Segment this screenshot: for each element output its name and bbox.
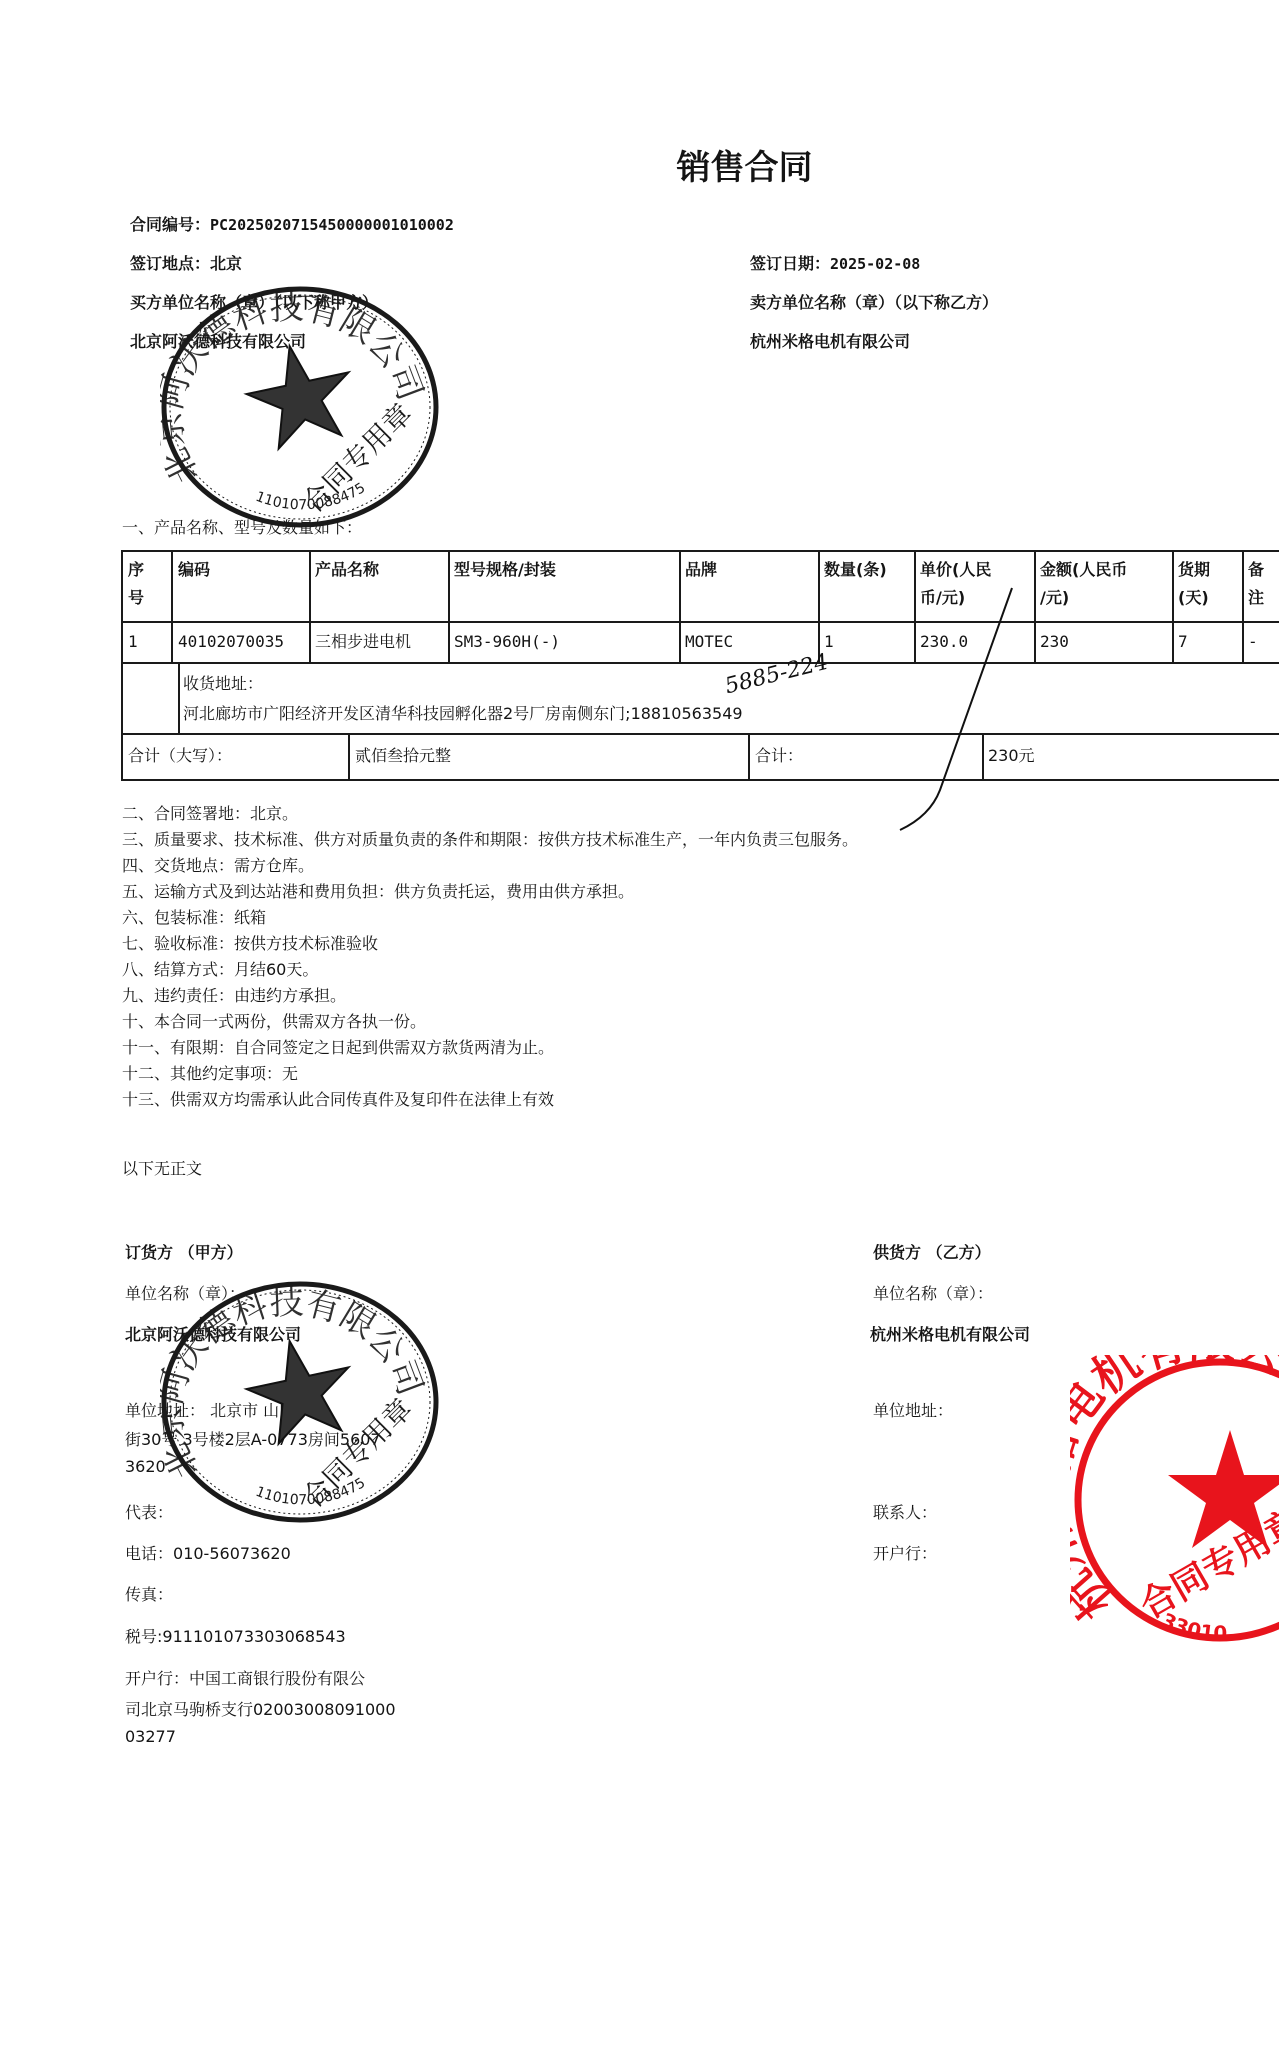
party-a-tax-value: 91110107330306854​3: [162, 1627, 345, 1646]
cell-code: 40102070035: [178, 628, 284, 656]
cell-model: SM3-960H(-): [454, 628, 560, 656]
party-a-bank-line3: 03277: [125, 1727, 176, 1746]
total-label: 合计：: [755, 742, 803, 770]
party-a-bank-line1: 开户行：中国工商银行股份有限公: [125, 1666, 365, 1689]
party-a-tax: 税号:91110107330306854​3: [125, 1624, 346, 1647]
seller-name: 杭州米格电机有限公司: [750, 329, 910, 352]
sign-date: 签订日期：2025-02-08: [750, 251, 920, 274]
seal-icon: 北京阿沃德科技有限公司 合同专用章 1101070088475: [160, 285, 440, 530]
col-header-remark: 备注: [1248, 556, 1279, 612]
end-note: 以下无正文: [122, 1156, 202, 1179]
clause-12: 十二、其他约定事项：无: [122, 1061, 298, 1087]
party-a-phone-value: 010-56073620: [173, 1544, 291, 1563]
col-header-model: 型号规格/封装: [454, 556, 556, 584]
party-b-contact-label: 联系人：: [873, 1500, 937, 1523]
clause-5: 五、运输方式及到达站港和费用负担：供方负责托运，费用由供方承担。: [122, 879, 634, 905]
clause-10: 十、本合同一式两份，供需双方各执一份。: [122, 1009, 426, 1035]
seal-icon: 杭州米格电机有限公司 合同专用章 33010: [1070, 1355, 1279, 1645]
handwritten-note: 5885-224: [723, 650, 831, 700]
clause-7: 七、验收标准：按供方技术标准验收: [122, 931, 378, 957]
delivery-address: 河北廊坊市广阳经济开发区清华科技园孵化器2号厂房南侧东门;18810563549: [183, 700, 743, 728]
buyer-company-seal-top: 北京阿沃德科技有限公司 合同专用章 1101070088475: [160, 285, 440, 530]
clause-4: 四、交货地点：需方仓库。: [122, 853, 314, 879]
clause-9: 九、违约责任：由违约方承担。: [122, 983, 346, 1009]
clause-8: 八、结算方式：月结60天。: [122, 957, 318, 983]
col-header-lead-time: 货期(天): [1178, 556, 1210, 612]
seller-company-seal: 杭州米格电机有限公司 合同专用章 33010: [1070, 1355, 1279, 1645]
party-b-unit-name: 杭州米格电机有限公司: [870, 1322, 1030, 1345]
party-b-title: 供货方 （乙方）: [873, 1240, 991, 1263]
col-header-brand: 品牌: [685, 556, 717, 584]
contract-number-label: 合同编号：: [130, 215, 210, 234]
party-a-tax-label: 税号:: [125, 1627, 162, 1646]
col-header-seq: 序号: [128, 556, 144, 612]
party-a-phone: 电话：010-56073620: [125, 1541, 291, 1564]
party-b-bank-label: 开户行：: [873, 1541, 937, 1564]
cell-seq: 1: [128, 628, 138, 656]
delivery-address-label: 收货地址：: [183, 670, 263, 698]
total-upper-value: 贰佰叁拾元整: [355, 742, 451, 770]
party-a-phone-label: 电话：: [125, 1544, 173, 1563]
party-a-title: 订货方 （甲方）: [125, 1240, 243, 1263]
clause-13: 十三、供需双方均需承认此合同传真件及复印件在法律上有效: [122, 1087, 554, 1113]
clause-6: 六、包装标准：纸箱: [122, 905, 266, 931]
col-header-code: 编码: [178, 556, 210, 584]
col-header-amount: 金额(人民币/元): [1040, 556, 1127, 612]
contract-number-value: PC2025020715450000001010002: [210, 216, 454, 234]
svg-text:33010: 33010: [1158, 1608, 1228, 1645]
contract-number: 合同编号：PC2025020715450000001010002: [130, 212, 454, 235]
party-a-fax-label: 传真：: [125, 1582, 173, 1605]
cell-name: 三相步进电机: [315, 628, 411, 656]
col-header-name: 产品名称: [315, 556, 379, 584]
cell-brand: MOTEC: [685, 628, 733, 656]
sign-date-label: 签订日期：: [750, 254, 830, 273]
seller-label: 卖方单位名称（章）（以下称乙方）: [750, 290, 998, 313]
col-header-qty: 数量(条): [824, 556, 887, 584]
seal-icon: 北京阿沃德科技有限公司 合同专用章 1101070088475: [160, 1280, 440, 1525]
cell-lead-time: 7: [1178, 628, 1188, 656]
party-a-bank-line2: 司北京马驹桥支行02003008091000: [125, 1697, 396, 1720]
total-upper-label: 合计（大写）：: [128, 742, 232, 770]
party-b-address-label: 单位地址：: [873, 1398, 953, 1421]
sign-place-value: 北京: [210, 254, 242, 273]
handwritten-stroke: [880, 580, 1040, 840]
cell-amount: 230: [1040, 628, 1069, 656]
cell-remark: -: [1248, 628, 1258, 656]
party-b-unit-name-label: 单位名称（章）：: [873, 1281, 993, 1304]
buyer-company-seal-bottom: 北京阿沃德科技有限公司 合同专用章 1101070088475: [160, 1280, 440, 1525]
sign-date-value: 2025-02-08: [830, 255, 920, 273]
clause-11: 十一、有限期：自合同签定之日起到供需双方款货两清为止。: [122, 1035, 554, 1061]
clause-3: 三、质量要求、技术标准、供方对质量负责的条件和期限：按供方技术标准生产，一年内负…: [122, 827, 858, 853]
sign-place: 签订地点：北京: [130, 251, 242, 274]
clause-2: 二、合同签署地：北京。: [122, 801, 298, 827]
sign-place-label: 签订地点：: [130, 254, 210, 273]
document-title: 销售合同: [0, 140, 1279, 189]
